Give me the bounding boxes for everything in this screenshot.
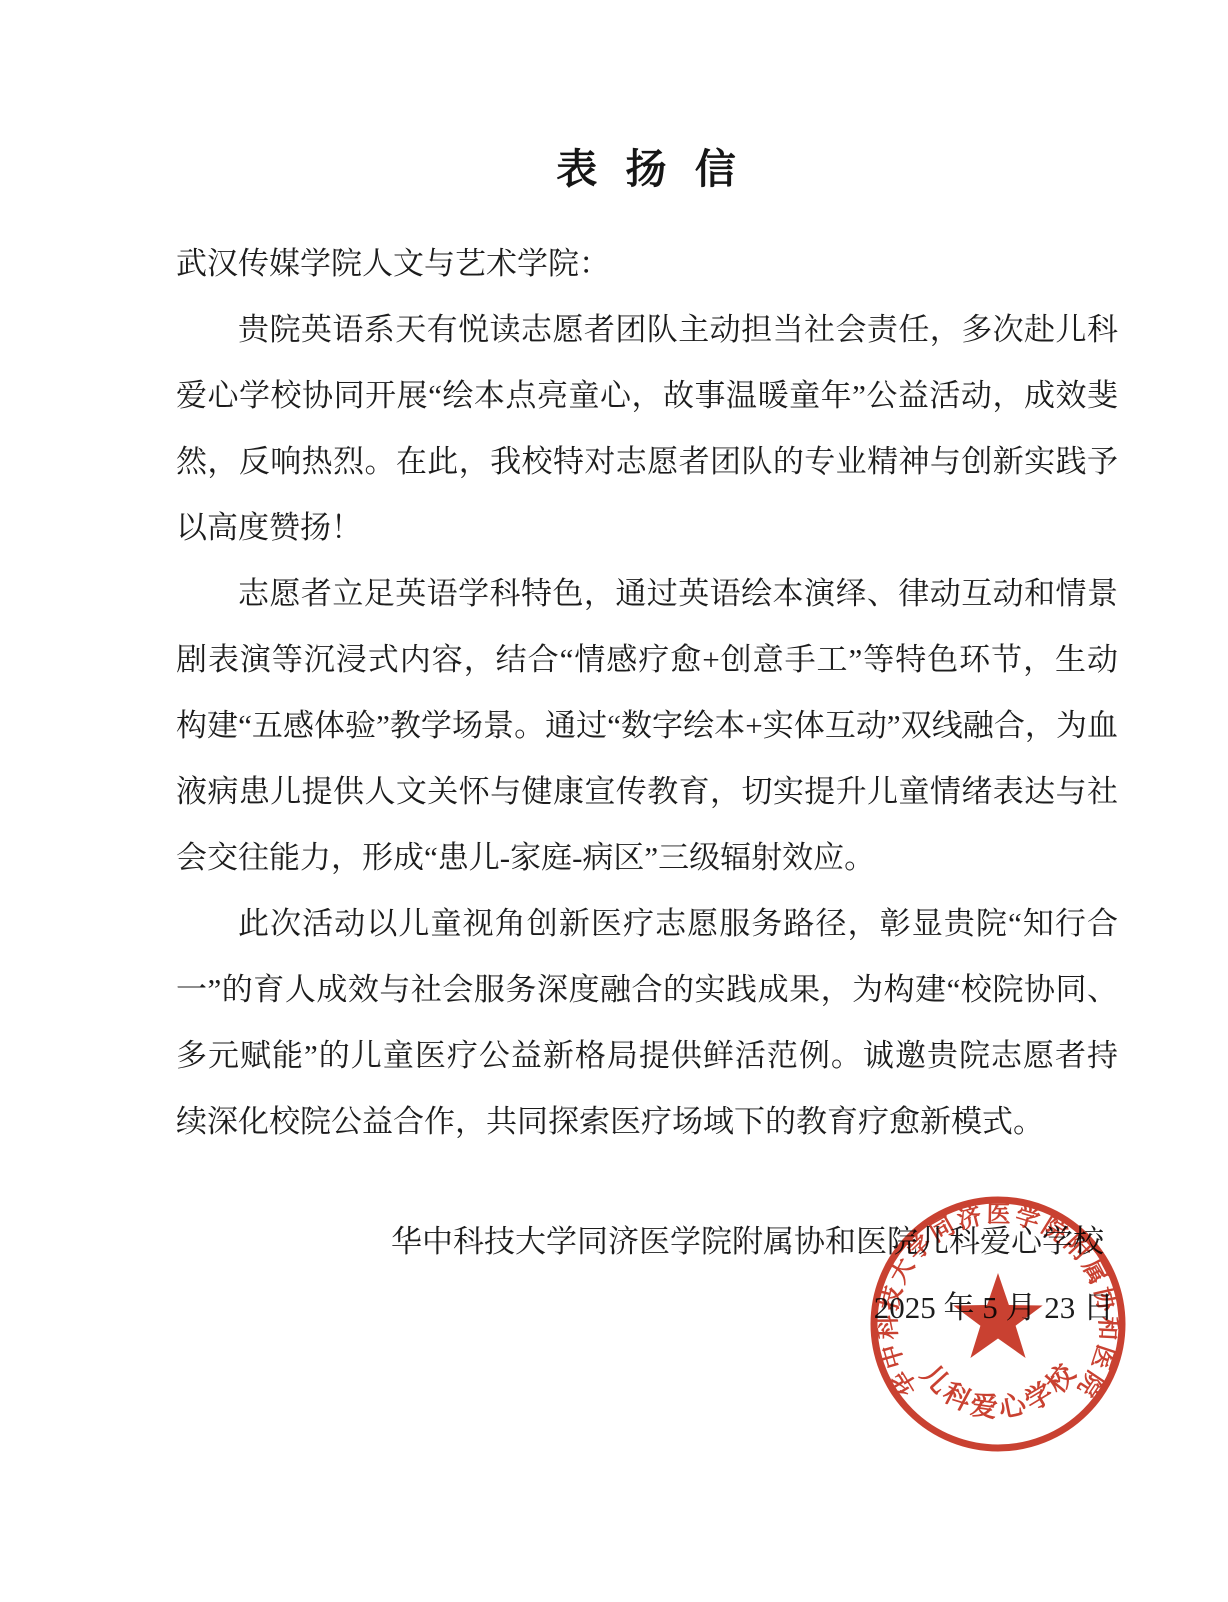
letter-title: 表 扬 信: [176, 133, 1118, 205]
letter-content: 表 扬 信 武汉传媒学院人文与艺术学院： 贵院英语系天有悦读志愿者团队主动担当社…: [176, 133, 1118, 1341]
letter-paragraph: 此次活动以儿童视角创新医疗志愿服务路径，彰显贵院“知行合一”的育人成效与社会服务…: [176, 891, 1118, 1155]
letter-date: 2025 年 5 月 23 日: [176, 1275, 1118, 1341]
letter-paragraph: 贵院英语系天有悦读志愿者团队主动担当社会责任，多次赴儿科爱心学校协同开展“绘本点…: [176, 297, 1118, 561]
letter-salutation: 武汉传媒学院人文与艺术学院：: [176, 231, 1118, 297]
letter-page: 表 扬 信 武汉传媒学院人文与艺术学院： 贵院英语系天有悦读志愿者团队主动担当社…: [0, 0, 1228, 1602]
letter-paragraph: 志愿者立足英语学科特色，通过英语绘本演绎、律动互动和情景剧表演等沉浸式内容，结合…: [176, 561, 1118, 891]
letter-signature: 华中科技大学同济医学院附属协和医院儿科爱心学校: [176, 1209, 1118, 1275]
signature-block: 华中科技大学同济医学院附属协和医院儿科爱心学校 2025 年 5 月 23 日: [176, 1209, 1118, 1341]
seal-bottom-text: 儿科爱心学校: [915, 1355, 1084, 1423]
